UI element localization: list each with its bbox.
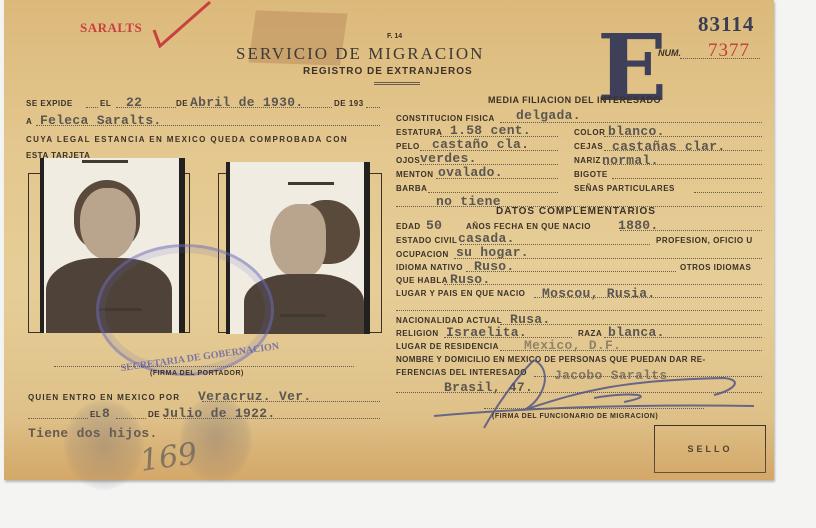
bearer-signature-line [54,366,354,367]
serial-number: 83114 [698,12,754,37]
filiacion-heading: MEDIA FILIACION DEL INTERESADO [488,95,661,105]
document-subtitle: REGISTRO DE EXTRANJEROS [303,66,473,77]
edad-value: 50 [426,218,442,233]
idioma-label: IDIOMA NATIVO [396,263,463,272]
legal-stay-text: CUYA LEGAL ESTANCIA EN MEXICO QUEDA COMP… [26,135,348,144]
seal-box: SELLO [654,425,766,473]
estado-civil-label: ESTADO CIVIL [396,236,457,245]
ocupacion-value: su hogar. [456,245,529,260]
se-expide-label: SE EXPIDE [26,99,73,108]
senas-value: no tiene [436,194,501,209]
otros-idiomas-value: Ruso. [450,272,491,287]
nacimiento-value: 1880. [618,218,659,233]
dots [428,192,558,193]
fingerprint-right [180,396,252,482]
constitucion-value: delgada. [516,108,581,123]
fingerprint-left [64,400,144,490]
nacionalidad-label: NACIONALIDAD ACTUAL [396,316,502,325]
a-label: A [26,117,32,126]
menton-label: MENTON [396,170,434,179]
senas-label: SEÑAS PARTICULARES [574,184,675,193]
lugar-nacimiento-value: Moscou, Rusia. [542,286,655,301]
constitucion-label: CONSTITUCION FISICA [396,114,495,123]
edad-label: EDAD [396,222,421,231]
pelo-value: castaño cla. [432,137,529,152]
profesion-label: PROFESION, OFICIO U [656,236,753,245]
surname-stamp: SARALTS [80,20,142,36]
pelo-label: PELO [396,142,420,151]
dots [366,107,380,108]
dots [116,107,176,108]
num-label: NUM. [658,48,681,58]
pencil-mark: 169 [138,436,200,479]
color-label: COLOR [574,128,605,137]
dots [86,107,98,108]
bigote-label: BIGOTE [574,170,608,179]
nariz-label: NARIZ [574,156,601,165]
title-rule [374,82,420,85]
cejas-label: CEJAS [574,142,603,151]
dots [396,310,762,311]
lugar-nacimiento-label: LUGAR Y PAIS EN QUE NACIO [396,289,525,298]
religion-label: RELIGION [396,329,439,338]
dots [694,192,762,193]
anos-label: AÑOS FECHA EN QUE NACIO [466,222,591,231]
el-label: EL [100,99,111,108]
num-value: 7377 [708,40,750,62]
recipient-name: Feleca Saralts. [40,113,162,128]
dots [444,284,762,285]
document-title: SERVICIO DE MIGRACION [236,44,484,64]
entry-de-label: DE [148,410,160,419]
nariz-value: normal. [602,153,659,168]
seal-box-label: SELLO [655,444,765,454]
complementarios-heading: DATOS COMPLEMENTARIOS [496,206,656,217]
issue-month-year: Abril de 1930. [190,95,303,110]
otros-idiomas-label: OTROS IDIOMAS [680,263,751,272]
religion-value: Israelita. [446,325,527,340]
immigration-registration-card: SARALTS F. 14 SERVICIO DE MIGRACION REGI… [4,0,774,480]
estatura-label: ESTATURA [396,128,442,137]
ocupacion-label: OCUPACION [396,250,449,259]
barba-label: BARBA [396,184,427,193]
issue-day: 22 [126,95,142,110]
de-label: DE [176,99,188,108]
red-checkmark-icon [152,0,212,48]
estatura-value: 1.58 cent. [450,123,531,138]
ojos-label: OJOS [396,156,420,165]
cejas-value: castañas clar. [612,139,725,154]
color-value: blanco. [608,124,665,139]
bearer-signature-caption: (FIRMA DEL PORTADOR) [150,370,244,377]
handwritten-note: Tiene dos hijos. [28,426,158,441]
ojos-value: verdes. [420,151,477,166]
official-signature-line [484,408,704,409]
form-code: F. 14 [387,33,402,40]
estado-civil-value: casada. [458,231,515,246]
de-193-label: DE 193 [334,99,364,108]
menton-value: ovalado. [438,165,503,180]
official-signature-caption: (FIRMA DEL FUNCIONARIO DE MIGRACION) [492,413,658,420]
raza-label: RAZA [578,329,602,338]
dots [612,178,762,179]
que-habla-label: QUE HABLA [396,276,448,285]
